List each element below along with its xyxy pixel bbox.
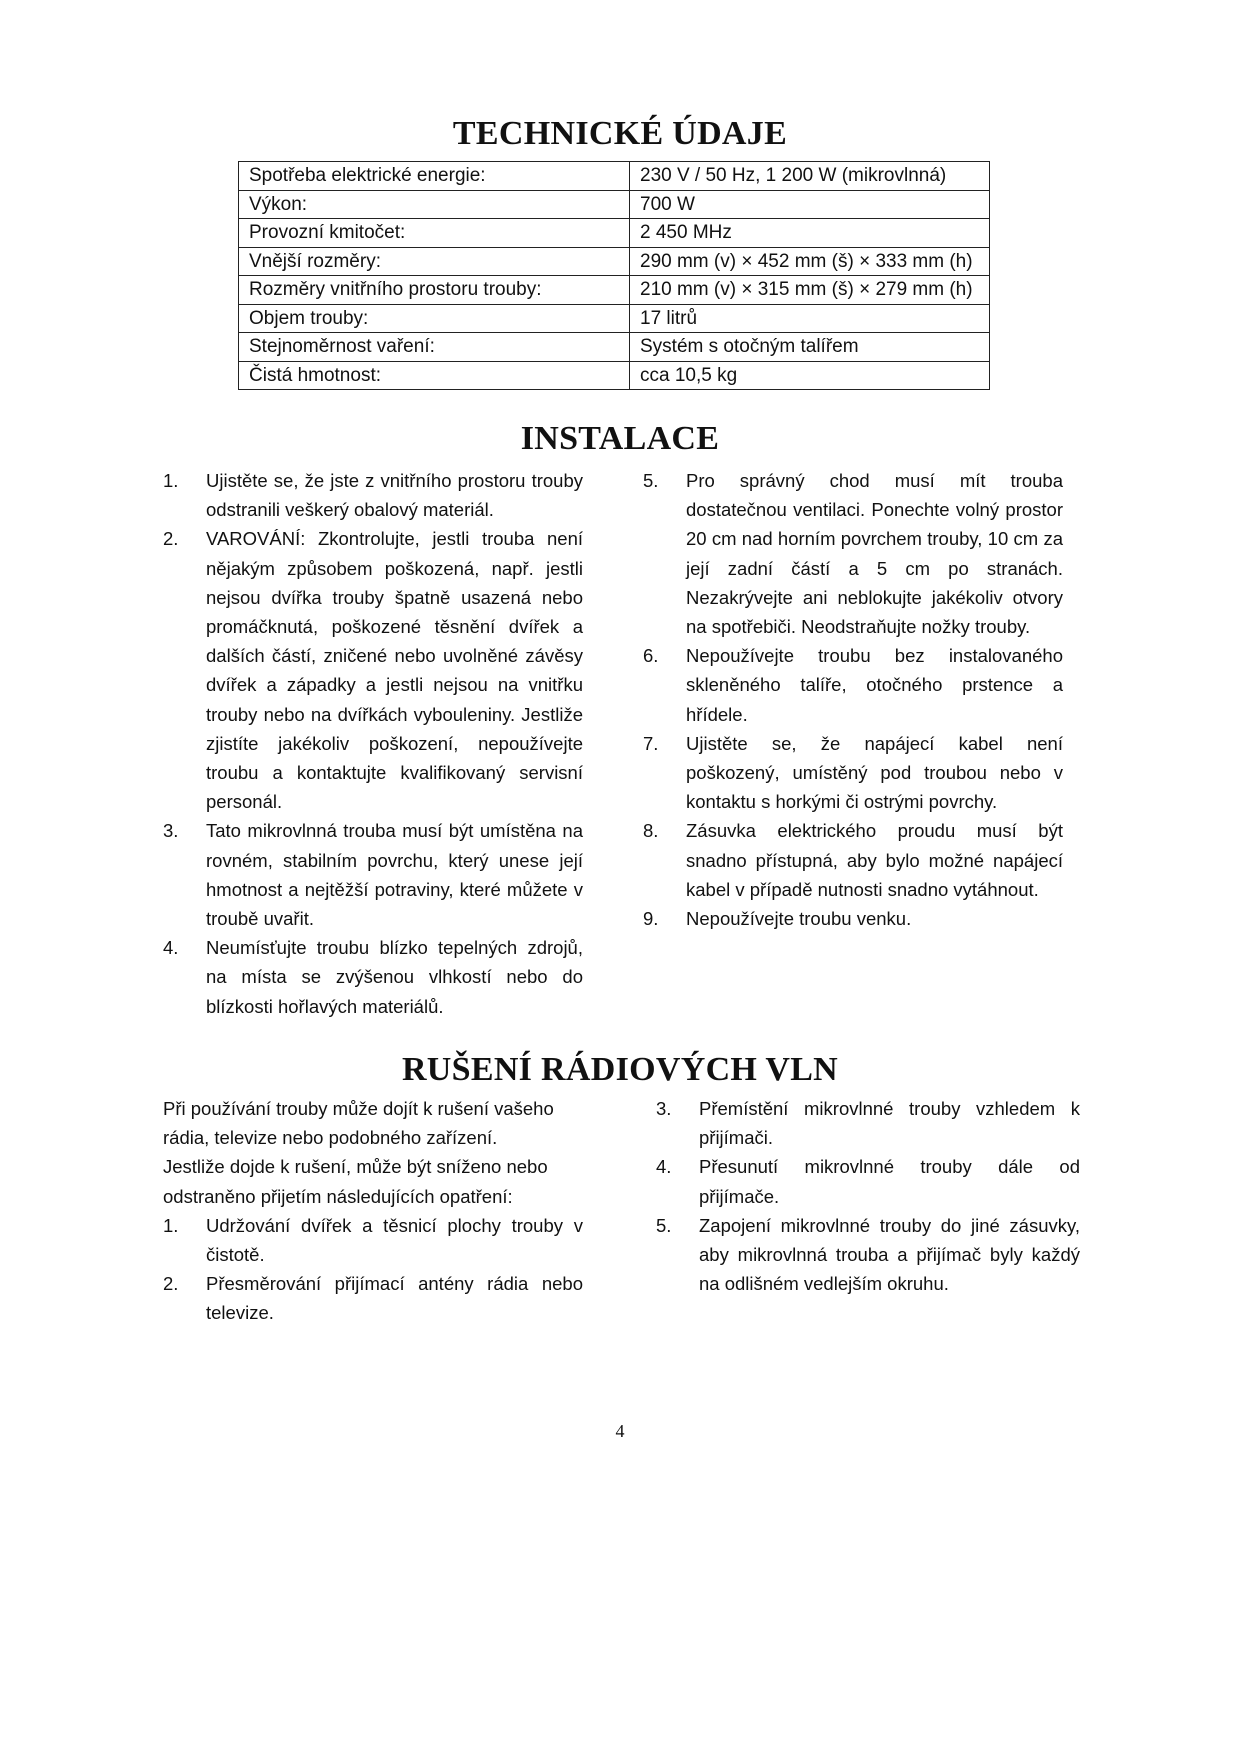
- technical-specs-table: Spotřeba elektrické energie:230 V / 50 H…: [238, 161, 990, 390]
- spec-value: 290 mm (v) × 452 mm (š) × 333 mm (h): [630, 247, 990, 276]
- item-number: 4.: [656, 1152, 671, 1181]
- item-text: Pro správný chod musí mít trouba dostate…: [686, 470, 1063, 637]
- spec-value: Systém s otočným talířem: [630, 333, 990, 362]
- item-text: VAROVÁNÍ: Zkontrolujte, jestli trouba ne…: [206, 528, 583, 812]
- item-number: 2.: [163, 1269, 178, 1298]
- item-text: Tato mikrovlnná trouba musí být umístěna…: [206, 820, 583, 929]
- spec-label: Čistá hmotnost:: [239, 361, 630, 390]
- table-row: Objem trouby:17 litrů: [239, 304, 990, 333]
- interference-left-column: Při používání trouby může dojít k rušení…: [163, 1094, 583, 1328]
- installation-left-column: 1.Ujistěte se, že jste z vnitřního prost…: [163, 466, 583, 1021]
- item-number: 2.: [163, 524, 178, 553]
- page-number: 4: [0, 1421, 1240, 1442]
- interference-right-column: 3.Přemístění mikrovlnné trouby vzhledem …: [656, 1094, 1080, 1298]
- item-number: 4.: [163, 933, 178, 962]
- list-item: 8.Zásuvka elektrického proudu musí být s…: [643, 816, 1063, 904]
- item-number: 9.: [643, 904, 658, 933]
- item-number: 1.: [163, 1211, 178, 1240]
- interference-intro-2: Jestliže dojde k rušení, může být snížen…: [163, 1152, 583, 1210]
- item-number: 5.: [656, 1211, 671, 1240]
- item-number: 3.: [656, 1094, 671, 1123]
- interference-list-right: 3.Přemístění mikrovlnné trouby vzhledem …: [656, 1094, 1080, 1298]
- list-item: 5.Pro správný chod musí mít trouba dosta…: [643, 466, 1063, 641]
- item-text: Ujistěte se, že jste z vnitřního prostor…: [206, 470, 583, 520]
- spec-label: Vnější rozměry:: [239, 247, 630, 276]
- list-item: 4.Neumísťujte troubu blízko tepelných zd…: [163, 933, 583, 1021]
- list-item: 1.Udržování dvířek a těsnicí plochy trou…: [163, 1211, 583, 1269]
- item-text: Nepoužívejte troubu bez instalovaného sk…: [686, 645, 1063, 724]
- spec-label: Stejnoměrnost vaření:: [239, 333, 630, 362]
- list-item: 7.Ujistěte se, že napájecí kabel není po…: [643, 729, 1063, 817]
- spec-value: 2 450 MHz: [630, 219, 990, 248]
- item-number: 5.: [643, 466, 658, 495]
- table-row: Vnější rozměry:290 mm (v) × 452 mm (š) ×…: [239, 247, 990, 276]
- list-item: 2.Přesměrování přijímací antény rádia ne…: [163, 1269, 583, 1327]
- table-row: Rozměry vnitřního prostoru trouby:210 mm…: [239, 276, 990, 305]
- list-item: 1.Ujistěte se, že jste z vnitřního prost…: [163, 466, 583, 524]
- item-text: Nepoužívejte troubu venku.: [686, 908, 911, 929]
- table-row: Spotřeba elektrické energie:230 V / 50 H…: [239, 162, 990, 191]
- item-number: 7.: [643, 729, 658, 758]
- section-title-interference: RUŠENÍ RÁDIOVÝCH VLN: [0, 1051, 1240, 1089]
- spec-label: Výkon:: [239, 190, 630, 219]
- table-row: Výkon:700 W: [239, 190, 990, 219]
- section-title-technical: TECHNICKÉ ÚDAJE: [0, 115, 1240, 153]
- list-item: 3.Tato mikrovlnná trouba musí být umístě…: [163, 816, 583, 933]
- table-row: Čistá hmotnost:cca 10,5 kg: [239, 361, 990, 390]
- table-row: Stejnoměrnost vaření:Systém s otočným ta…: [239, 333, 990, 362]
- item-text: Udržování dvířek a těsnicí plochy trouby…: [206, 1215, 583, 1265]
- item-text: Zapojení mikrovlnné trouby do jiné zásuv…: [699, 1215, 1080, 1294]
- interference-intro-1: Při používání trouby může dojít k rušení…: [163, 1094, 583, 1152]
- spec-value: 230 V / 50 Hz, 1 200 W (mikrovlnná): [630, 162, 990, 191]
- spec-label: Provozní kmitočet:: [239, 219, 630, 248]
- item-text: Přesměrování přijímací antény rádia nebo…: [206, 1273, 583, 1323]
- spec-label: Spotřeba elektrické energie:: [239, 162, 630, 191]
- item-text: Zásuvka elektrického proudu musí být sna…: [686, 820, 1063, 899]
- interference-list-left: 1.Udržování dvířek a těsnicí plochy trou…: [163, 1211, 583, 1328]
- spec-value: 17 litrů: [630, 304, 990, 333]
- item-text: Přesunutí mikrovlnné trouby dále od přij…: [699, 1156, 1080, 1206]
- item-number: 3.: [163, 816, 178, 845]
- installation-list-right: 5.Pro správný chod musí mít trouba dosta…: [643, 466, 1063, 933]
- item-text: Neumísťujte troubu blízko tepelných zdro…: [206, 937, 583, 1016]
- list-item: 5.Zapojení mikrovlnné trouby do jiné zás…: [656, 1211, 1080, 1299]
- list-item: 9.Nepoužívejte troubu venku.: [643, 904, 1063, 933]
- item-text: Přemístění mikrovlnné trouby vzhledem k …: [699, 1098, 1080, 1148]
- spec-label: Objem trouby:: [239, 304, 630, 333]
- item-number: 1.: [163, 466, 178, 495]
- spec-value: 700 W: [630, 190, 990, 219]
- list-item: 3.Přemístění mikrovlnné trouby vzhledem …: [656, 1094, 1080, 1152]
- item-number: 8.: [643, 816, 658, 845]
- list-item: 2.VAROVÁNÍ: Zkontrolujte, jestli trouba …: [163, 524, 583, 816]
- section-title-installation: INSTALACE: [0, 420, 1240, 458]
- installation-list-left: 1.Ujistěte se, že jste z vnitřního prost…: [163, 466, 583, 1021]
- spec-label: Rozměry vnitřního prostoru trouby:: [239, 276, 630, 305]
- item-text: Ujistěte se, že napájecí kabel není pošk…: [686, 733, 1063, 812]
- installation-right-column: 5.Pro správný chod musí mít trouba dosta…: [643, 466, 1063, 933]
- spec-value: 210 mm (v) × 315 mm (š) × 279 mm (h): [630, 276, 990, 305]
- list-item: 6.Nepoužívejte troubu bez instalovaného …: [643, 641, 1063, 729]
- table-row: Provozní kmitočet:2 450 MHz: [239, 219, 990, 248]
- list-item: 4.Přesunutí mikrovlnné trouby dále od př…: [656, 1152, 1080, 1210]
- spec-value: cca 10,5 kg: [630, 361, 990, 390]
- item-number: 6.: [643, 641, 658, 670]
